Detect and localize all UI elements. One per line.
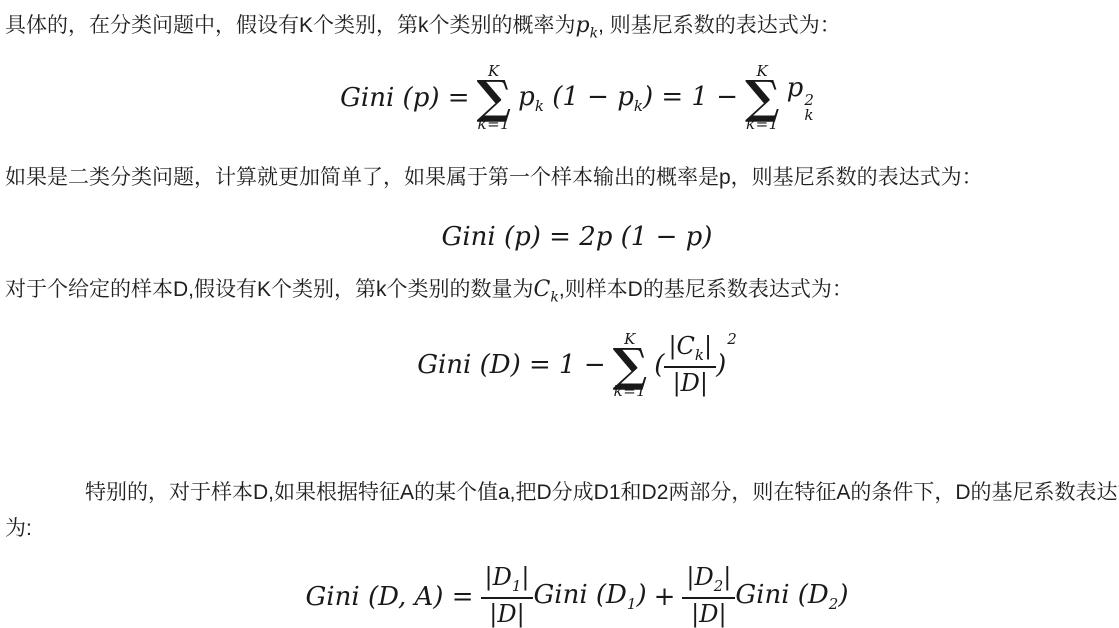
paragraph-3-line: 对于个给定的样本D,假设有K个类别，第k个类别的数量为Ck,则样本D的基尼系数表…	[5, 278, 853, 301]
f3-fraction-denominator: |D|	[673, 368, 708, 398]
f1-equals-one-minus: = 1 −	[661, 82, 738, 112]
formula-gini-p-sum: Gini (p) = K ∑ k=1 pk (1 − pk) = 1 − K ∑…	[5, 64, 1119, 132]
f4-frac1-denominator: |D|	[489, 599, 524, 628]
f4-frac2-numerator: |D2|	[682, 564, 735, 599]
f4-frac1-num-pre: |D	[485, 563, 512, 591]
f4-gini-d1-post: )	[636, 580, 646, 610]
f4-fraction-1: |D1||D|	[481, 564, 534, 628]
f4-frac1-num-post: |	[521, 563, 529, 591]
f2-expression: Gini (p) = 2p (1 − p)	[442, 222, 713, 252]
f1-pk2-sub: k	[804, 108, 813, 124]
f4-fraction-2: |D2||D|	[682, 564, 735, 628]
formula-gini-p-binary: Gini (p) = 2p (1 − p)	[5, 222, 1119, 252]
f4-gini-d2-post: )	[838, 580, 848, 610]
f3-num-pre: |C	[668, 332, 694, 360]
f3-lhs: Gini (D) = 1 −	[417, 350, 605, 380]
paragraph-3-text-post: ,则样本D的基尼系数表达式为：	[559, 278, 853, 301]
f3-fraction-group: (|Ck||D|)2	[654, 333, 737, 398]
f3-squared-sup: 2	[727, 330, 737, 348]
sigma-icon: ∑	[745, 79, 780, 117]
f4-frac2-num-sub: 2	[714, 577, 724, 595]
f1-paren-term: (1 − p	[552, 82, 634, 112]
inline-math-ck: Ck	[534, 277, 559, 302]
f4-plus-sign: +	[654, 582, 676, 612]
f1-pk2-supsub: 2k	[804, 93, 814, 125]
formula-gini-d: Gini (D) = 1 − K ∑ k=1 (|Ck||D|)2	[5, 332, 1119, 400]
paragraph-1-text-pre: 具体的，在分类问题中，假设有K个类别，第k个类别的概率为	[5, 14, 576, 37]
f1-paren-close: )	[643, 82, 653, 112]
f4-term-1: |D1||D|Gini (D1)	[481, 564, 647, 628]
paragraph-4-line2: 为:	[5, 511, 1119, 547]
f4-frac2-denominator: |D|	[691, 599, 726, 628]
f3-num-sub: k	[695, 346, 704, 364]
paragraph-1-text-post: , 则基尼系数的表达式为：	[598, 14, 841, 37]
inline-math-pk-sub: k	[590, 25, 598, 41]
inline-math-ck-base: C	[534, 277, 551, 302]
f3-summation: K ∑ k=1	[613, 332, 648, 400]
paragraph-3: 对于个给定的样本D,假设有K个类别，第k个类别的数量为Ck,则样本D的基尼系数表…	[5, 272, 1119, 315]
f3-open-paren: (	[654, 350, 664, 380]
inline-math-pk-base: p	[576, 13, 590, 38]
sigma-icon: ∑	[477, 79, 512, 117]
f1-lhs: Gini (p) =	[340, 83, 469, 113]
f1-pk-sub: k	[535, 97, 544, 115]
document: 具体的，在分类问题中，假设有K个类别，第k个类别的概率为pk, 则基尼系数的表达…	[0, 0, 1119, 628]
f4-gini-d2: Gini (D2)	[735, 580, 848, 613]
f1-sum2-lower-limit: k=1	[746, 117, 779, 132]
formula-gini-d-a: Gini (D, A) = |D1||D|Gini (D1) + |D2||D|…	[5, 564, 1119, 628]
f1-sum1-lower-limit: k=1	[478, 117, 511, 132]
f4-frac1-numerator: |D1|	[481, 564, 534, 599]
f1-pk2-base: p	[787, 73, 804, 103]
f1-pk-squared: p2k	[787, 73, 814, 125]
f4-gini-d1-pre: Gini (D	[533, 580, 626, 610]
f4-frac2-num-pre: |D	[686, 563, 713, 591]
inline-math-pk: pk	[576, 13, 599, 38]
f1-summation-2: K ∑ k=1	[745, 64, 780, 132]
f4-frac2-num-post: |	[723, 563, 731, 591]
f4-gini-d2-pre: Gini (D	[735, 580, 828, 610]
paragraph-2-line: 如果是二类分类问题，计算就更加简单了，如果属于第一个样本输出的概率是p，则基尼系…	[5, 166, 983, 189]
f3-fraction: |Ck||D|	[664, 333, 716, 398]
f1-summation-1: K ∑ k=1	[477, 64, 512, 132]
f4-lhs: Gini (D, A) =	[306, 582, 474, 612]
f4-gini-d2-sub: 2	[829, 595, 839, 613]
f3-close-paren: )	[716, 350, 726, 380]
f3-num-post: |	[704, 332, 712, 360]
inline-math-ck-sub: k	[550, 290, 558, 306]
paragraph-1: 具体的，在分类问题中，假设有K个类别，第k个类别的概率为pk, 则基尼系数的表达…	[5, 0, 1119, 51]
f1-middle-terms: pk (1 − pk) = 1 −	[518, 82, 738, 115]
f4-term-2: |D2||D|Gini (D2)	[682, 564, 848, 628]
paragraph-3-text-pre: 对于个给定的样本D,假设有K个类别，第k个类别的数量为	[5, 278, 534, 301]
f4-frac1-num-sub: 1	[512, 577, 522, 595]
f1-paren-term-sub: k	[634, 97, 643, 115]
paragraph-2: 如果是二类分类问题，计算就更加简单了，如果属于第一个样本输出的概率是p，则基尼系…	[5, 160, 1119, 196]
f3-sum-lower-limit: k=1	[614, 384, 647, 399]
paragraph-1-line: 具体的，在分类问题中，假设有K个类别，第k个类别的概率为pk, 则基尼系数的表达…	[5, 14, 841, 37]
sigma-icon: ∑	[613, 347, 648, 385]
f4-gini-d1-sub: 1	[627, 595, 637, 613]
f1-pk-base: p	[518, 82, 535, 112]
f3-fraction-numerator: |Ck|	[664, 333, 716, 368]
paragraph-4-line1: 特别的，对于样本D,如果根据特征A的某个值a,把D分成D1和D2两部分，则在特征…	[5, 475, 1119, 511]
f4-gini-d1: Gini (D1)	[533, 580, 646, 613]
paragraph-4: 特别的，对于样本D,如果根据特征A的某个值a,把D分成D1和D2两部分，则在特征…	[5, 475, 1119, 547]
